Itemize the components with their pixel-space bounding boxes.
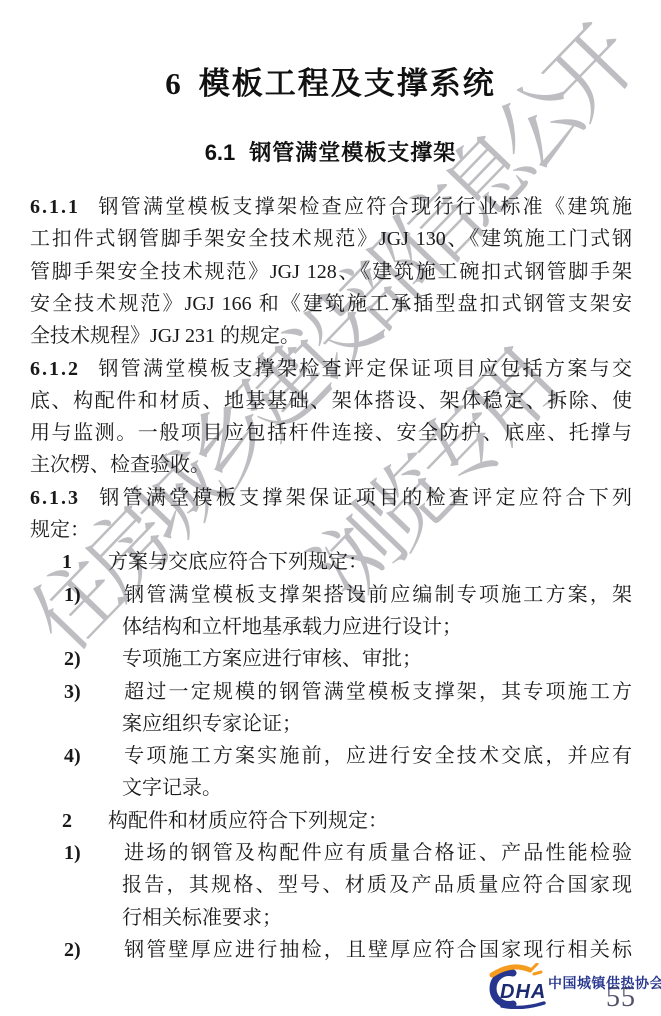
line-text: 构配件和材质应符合下列规定： [108, 810, 388, 832]
text-line: 全技术规程》JGJ 231 的规定。 [30, 320, 632, 352]
list-item-number: 2) [64, 934, 122, 966]
text-line: 管脚手架安全技术规范》JGJ 128、《建筑施工碗扣式钢管脚手架 [30, 256, 632, 288]
line-text: 主次楞、检查验收。 [30, 454, 210, 476]
section-heading-text: 钢管满堂模板支撑架 [249, 140, 456, 165]
text-line: 行相关标准要求； [122, 902, 632, 934]
text-line: 主次楞、检查验收。 [30, 449, 632, 481]
text-line: 1)进场的钢管及构配件应有质量合格证、产品性能检验 [64, 837, 632, 869]
association-name: 中国城镇供热协会 [548, 973, 661, 993]
text-line: 6.1.3钢管满堂模板支撑架保证项目的检查评定应符合下列 [30, 482, 632, 514]
text-line: 文字记录。 [122, 772, 632, 804]
text-line: 2)钢管壁厚应进行抽检，且壁厚应符合国家现行相关标 [64, 934, 632, 966]
clause-number: 6.1.3 [30, 487, 80, 509]
line-text: 钢管壁厚应进行抽检，且壁厚应符合国家现行相关标 [122, 939, 632, 961]
line-text: 安全技术规范》JGJ 166 和《建筑施工承插型盘扣式钢管支架安 [30, 293, 632, 315]
text-line: 体结构和立杆地基承载力应进行设计； [122, 611, 632, 643]
line-text: 专项施工方案实施前，应进行安全技术交底，并应有 [122, 745, 632, 767]
logo-orange-tick-2 [534, 972, 541, 974]
line-text: 钢管满堂模板支撑架保证项目的检查评定应符合下列 [96, 487, 632, 509]
line-text: 案应组织专家论证； [122, 713, 302, 735]
text-line: 规定： [30, 514, 632, 546]
text-line: 2构配件和材质应符合下列规定： [62, 805, 632, 837]
chapter-title-text: 模板工程及支撑系统 [199, 66, 496, 101]
line-text: 管脚手架安全技术规范》JGJ 128、《建筑施工碗扣式钢管脚手架 [30, 261, 632, 283]
line-text: 底、构配件和材质、地基基础、架体搭设、架体稳定、拆除、使 [30, 390, 632, 412]
list-item-number: 4) [64, 740, 122, 772]
dha-logo: DHA [476, 963, 552, 1009]
list-item-number: 2) [64, 643, 122, 675]
line-text: 用与监测。一般项目应包括杆件连接、安全防护、底座、托撑与 [30, 422, 632, 444]
line-text: 进场的钢管及构配件应有质量合格证、产品性能检验 [122, 842, 632, 864]
chapter-number: 6 [165, 66, 181, 101]
text-line: 工扣件式钢管脚手架安全技术规范》JGJ 130、《建筑施工门式钢 [30, 223, 632, 255]
logo-orange-tick-1 [532, 964, 537, 969]
clause-number: 6.1.2 [30, 358, 80, 380]
document-page: 住房城乡建设部信息公开 浏览专用 6模板工程及支撑系统 6.1钢管满堂模板支撑架… [0, 0, 661, 1016]
text-line: 1方案与交底应符合下列规定： [62, 546, 632, 578]
text-line: 底、构配件和材质、地基基础、架体搭设、架体稳定、拆除、使 [30, 385, 632, 417]
chapter-title: 6模板工程及支撑系统 [0, 64, 661, 104]
text-line: 安全技术规范》JGJ 166 和《建筑施工承插型盘扣式钢管支架安 [30, 288, 632, 320]
text-line: 用与监测。一般项目应包括杆件连接、安全防护、底座、托撑与 [30, 417, 632, 449]
line-text: 报告，其规格、型号、材质及产品质量应符合国家现 [122, 874, 632, 896]
text-line: 1)钢管满堂模板支撑架搭设前应编制专项施工方案，架 [64, 579, 632, 611]
list-item-number: 1 [62, 546, 108, 578]
text-line: 4)专项施工方案实施前，应进行安全技术交底，并应有 [64, 740, 632, 772]
line-text: 全技术规程》JGJ 231 的规定。 [30, 325, 300, 347]
line-text: 工扣件式钢管脚手架安全技术规范》JGJ 130、《建筑施工门式钢 [30, 228, 632, 250]
line-text: 钢管满堂模板支撑架搭设前应编制专项施工方案，架 [122, 584, 632, 606]
line-text: 规定： [30, 519, 90, 541]
line-text: 方案与交底应符合下列规定： [108, 551, 368, 573]
line-text: 钢管满堂模板支撑架检查评定保证项目应包括方案与交 [96, 358, 632, 380]
line-text: 超过一定规模的钢管满堂模板支撑架，其专项施工方 [122, 681, 632, 703]
logo-dha-text: DHA [500, 981, 546, 1003]
line-text: 行相关标准要求； [122, 907, 282, 929]
list-item-number: 1) [64, 837, 122, 869]
section-number: 6.1 [205, 140, 236, 165]
text-line: 报告，其规格、型号、材质及产品质量应符合国家现 [122, 869, 632, 901]
line-text: 体结构和立杆地基承载力应进行设计； [122, 616, 462, 638]
text-line: 案应组织专家论证； [122, 708, 632, 740]
section-heading: 6.1钢管满堂模板支撑架 [0, 138, 661, 168]
text-line: 6.1.2钢管满堂模板支撑架检查评定保证项目应包括方案与交 [30, 353, 632, 385]
line-text: 专项施工方案应进行审核、审批； [122, 648, 422, 670]
list-item-number: 3) [64, 676, 122, 708]
line-text: 文字记录。 [122, 777, 222, 799]
text-line: 3)超过一定规模的钢管满堂模板支撑架，其专项施工方 [64, 676, 632, 708]
line-text: 钢管满堂模板支撑架检查应符合现行行业标准《建筑施 [96, 196, 632, 218]
list-item-number: 1) [64, 579, 122, 611]
clause-number: 6.1.1 [30, 196, 80, 218]
list-item-number: 2 [62, 805, 108, 837]
text-line: 2)专项施工方案应进行审核、审批； [64, 643, 632, 675]
text-line: 6.1.1钢管满堂模板支撑架检查应符合现行行业标准《建筑施 [30, 191, 632, 223]
